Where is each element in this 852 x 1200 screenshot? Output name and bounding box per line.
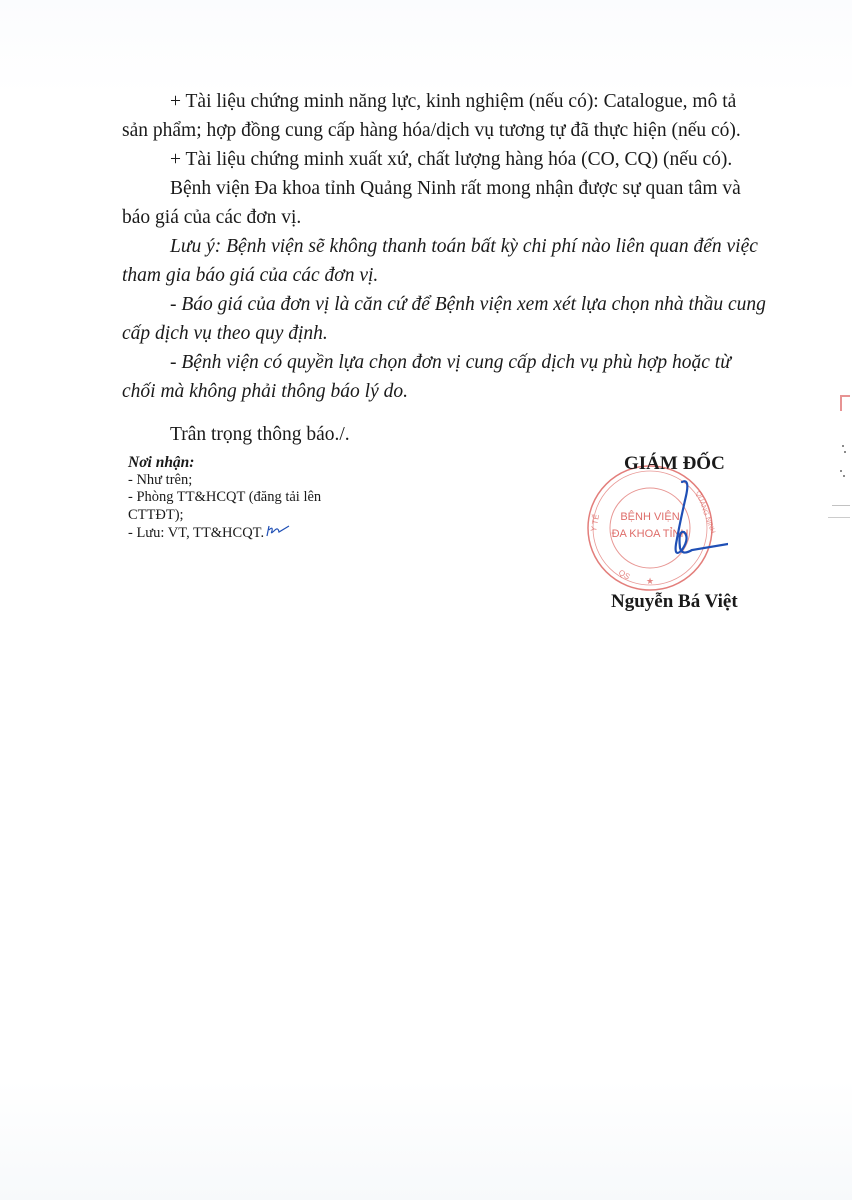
- closing-line: Trân trọng thông báo./.: [170, 423, 350, 447]
- note-line-2: tham gia báo giá của các đơn vị.: [122, 264, 378, 288]
- body-line-3: + Tài liệu chứng minh xuất xứ, chất lượn…: [170, 148, 732, 172]
- note-line-1: Lưu ý: Bệnh viện sẽ không thanh toán bất…: [170, 235, 758, 259]
- svg-text:BỆNH VIỆN: BỆNH VIỆN: [620, 510, 679, 523]
- signature-title: GIÁM ĐỐC: [624, 453, 725, 475]
- body-line-2: sản phẩm; hợp đồng cung cấp hàng hóa/dịc…: [122, 119, 741, 143]
- recipient-item: - Phòng TT&HCQT (đăng tải lên: [128, 489, 321, 507]
- recipient-item: - Như trên;: [128, 472, 321, 490]
- recipients-block: Nơi nhận: - Như trên; - Phòng TT&HCQT (đ…: [128, 454, 321, 544]
- signer-name: Nguyễn Bá Việt: [611, 591, 738, 613]
- official-stamp-icon: BỆNH VIỆN ĐA KHOA TỈNH Y TẾ QUẢNG NINH Q…: [578, 462, 728, 592]
- recipients-title: Nơi nhận:: [128, 454, 321, 472]
- note-line-3: - Báo giá của đơn vị là căn cứ để Bệnh v…: [170, 293, 766, 317]
- recipient-item: CTTĐT);: [128, 507, 321, 525]
- document-page: + Tài liệu chứng minh năng lực, kinh ngh…: [0, 0, 852, 1200]
- svg-text:QS: QS: [617, 568, 632, 582]
- svg-text:QUẢNG NINH: QUẢNG NINH: [694, 490, 718, 535]
- body-line-5: báo giá của các đơn vị.: [122, 206, 301, 230]
- note-line-4: cấp dịch vụ theo quy định.: [122, 322, 328, 346]
- note-line-5: - Bệnh viện có quyền lựa chọn đơn vị cun…: [170, 351, 731, 375]
- body-line-4: Bệnh viện Đa khoa tỉnh Quảng Ninh rất mo…: [170, 177, 741, 201]
- recipient-item-text: - Lưu: VT, TT&HCQT.: [128, 525, 264, 541]
- svg-text:★: ★: [646, 576, 654, 586]
- initials-icon: [265, 524, 291, 544]
- body-line-1: + Tài liệu chứng minh năng lực, kinh ngh…: [170, 90, 736, 114]
- scan-edge-marks: [820, 385, 852, 535]
- note-line-6: chối mà không phải thông báo lý do.: [122, 380, 408, 404]
- svg-text:Y TẾ: Y TẾ: [588, 513, 601, 532]
- recipient-item: - Lưu: VT, TT&HCQT.: [128, 524, 321, 544]
